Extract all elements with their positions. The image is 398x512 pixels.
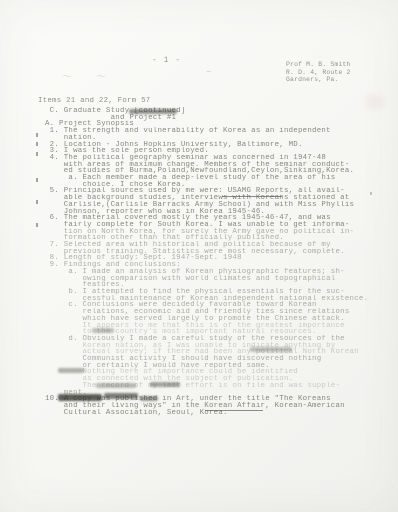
page-number: - 1 - bbox=[152, 56, 181, 65]
ink-smudge bbox=[250, 347, 292, 352]
sender-address-block: Prof M. B. SmithR. D. 4, Route 2Gardners… bbox=[286, 61, 351, 84]
document-body: C. Graduate Study [continued] and Projec… bbox=[45, 108, 385, 416]
margin-tick bbox=[370, 192, 372, 195]
margin-tick bbox=[36, 223, 38, 227]
underline-mark bbox=[222, 196, 282, 197]
ink-smudge bbox=[140, 396, 158, 401]
paper-stain bbox=[366, 95, 384, 109]
margin-tick bbox=[36, 133, 38, 137]
margin-tick bbox=[36, 142, 38, 146]
ink-smudge bbox=[58, 368, 84, 373]
pencil-mark: 〜 bbox=[62, 68, 72, 83]
ink-smudge bbox=[129, 109, 177, 114]
address-line: Gardners, Pa. bbox=[286, 76, 351, 84]
underline-mark bbox=[205, 410, 263, 411]
ink-smudge bbox=[150, 382, 180, 387]
reference-line: Items 21 and 22, Form 57 bbox=[38, 97, 150, 105]
ink-smudge bbox=[96, 383, 136, 388]
address-line: Prof M. B. Smith bbox=[286, 61, 351, 69]
address-line: R. D. 4, Route 2 bbox=[286, 69, 351, 77]
pencil-mark: – bbox=[206, 66, 211, 77]
margin-tick bbox=[36, 152, 38, 156]
ink-smudge bbox=[104, 393, 138, 399]
scanned-document-page: - 1 - Prof M. B. SmithR. D. 4, Route 2Ga… bbox=[0, 0, 398, 512]
margin-tick bbox=[36, 178, 38, 182]
ink-smudge bbox=[92, 328, 114, 333]
ink-smudge bbox=[58, 394, 102, 401]
margin-tick bbox=[36, 200, 38, 204]
pencil-mark: 〜 bbox=[96, 68, 106, 83]
